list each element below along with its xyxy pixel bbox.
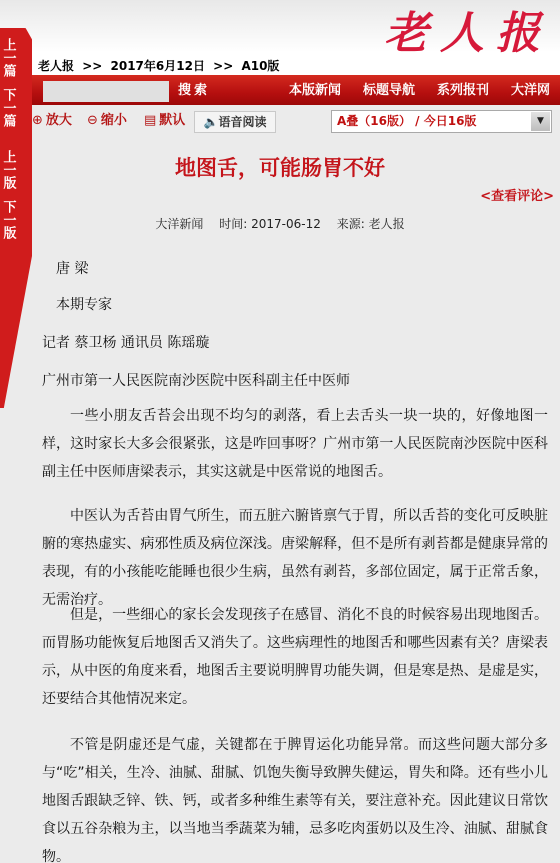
article-title: 地图舌，可能肠胃不好 xyxy=(0,152,560,182)
nav-dayoo[interactable]: 大洋网 xyxy=(511,81,550,100)
nav-series[interactable]: 系列报刊 xyxy=(437,81,489,100)
next-article-label: 下一篇 xyxy=(2,88,15,127)
chevron-down-icon[interactable]: ▼ xyxy=(531,112,550,131)
article-paragraph: 一些小朋友舌苔会出现不均匀的剥落，看上去舌头一块一块的，好像地图一样，这时家长大… xyxy=(42,402,548,486)
search-button[interactable]: 搜索 xyxy=(178,81,210,100)
article-paragraph: 但是，一些细心的家长会发现孩子在感冒、消化不良的时候容易出现地图舌。而胃肠功能恢… xyxy=(42,601,548,713)
edition-select-value: A叠（16版） / 今日16版 xyxy=(337,111,476,132)
breadcrumb-sep: >> xyxy=(82,59,102,73)
zoom-in-button[interactable]: ⊕放大 xyxy=(32,110,72,132)
edition-select[interactable]: A叠（16版） / 今日16版 ▼ xyxy=(331,110,552,133)
prev-article-label: 上一篇 xyxy=(2,38,15,77)
reporters: 记者 蔡卫杨 通讯员 陈瑶璇 xyxy=(42,329,548,357)
speaker-icon: 🔈 xyxy=(204,115,219,129)
breadcrumb-page[interactable]: A10版 xyxy=(241,59,279,73)
zoom-out-icon: ⊖ xyxy=(87,113,98,128)
expert-label: 本期专家 xyxy=(56,291,560,319)
search-input[interactable] xyxy=(43,81,169,102)
article-paragraph: 中医认为舌苔由胃气所生，而五脏六腑皆禀气于胃，所以舌苔的变化可反映脏腑的寒热虚实… xyxy=(42,502,548,614)
newspaper-logo[interactable]: 老人报 xyxy=(384,8,554,60)
breadcrumb-paper[interactable]: 老人报 xyxy=(38,59,74,73)
voice-read-button[interactable]: 🔈语音阅读 xyxy=(194,111,276,133)
breadcrumb: 老人报 >> 2017年6月12日 >> A10版 xyxy=(38,57,283,74)
default-size-button[interactable]: ▤默认 xyxy=(144,110,185,132)
zoom-in-icon: ⊕ xyxy=(32,113,43,128)
prev-article-button[interactable]: 上一篇 xyxy=(0,38,16,80)
breadcrumb-date[interactable]: 2017年6月12日 xyxy=(111,59,205,73)
document-icon: ▤ xyxy=(144,113,156,128)
zoom-out-button[interactable]: ⊖缩小 xyxy=(87,110,127,132)
nav-page-news[interactable]: 本版新闻 xyxy=(289,81,341,100)
article-meta: 大洋新闻 时间: 2017-06-12 来源: 老人报 xyxy=(0,215,560,232)
meta-source-site: 大洋新闻 xyxy=(155,217,203,231)
expert-name: 唐 梁 xyxy=(56,255,560,283)
meta-source: 来源: 老人报 xyxy=(337,217,405,231)
nav-headline-index[interactable]: 标题导航 xyxy=(363,81,415,100)
affiliation: 广州市第一人民医院南沙医院中医科副主任中医师 xyxy=(42,367,548,395)
view-comments-link[interactable]: <查看评论> xyxy=(480,185,554,204)
breadcrumb-sep: >> xyxy=(213,59,233,73)
next-article-button[interactable]: 下一篇 xyxy=(0,88,16,130)
meta-time: 时间: 2017-06-12 xyxy=(219,217,321,231)
article-paragraph: 不管是阴虚还是气虚，关键都在于脾胃运化功能异常。而这些问题大部分多与“吃”相关，… xyxy=(42,731,548,863)
